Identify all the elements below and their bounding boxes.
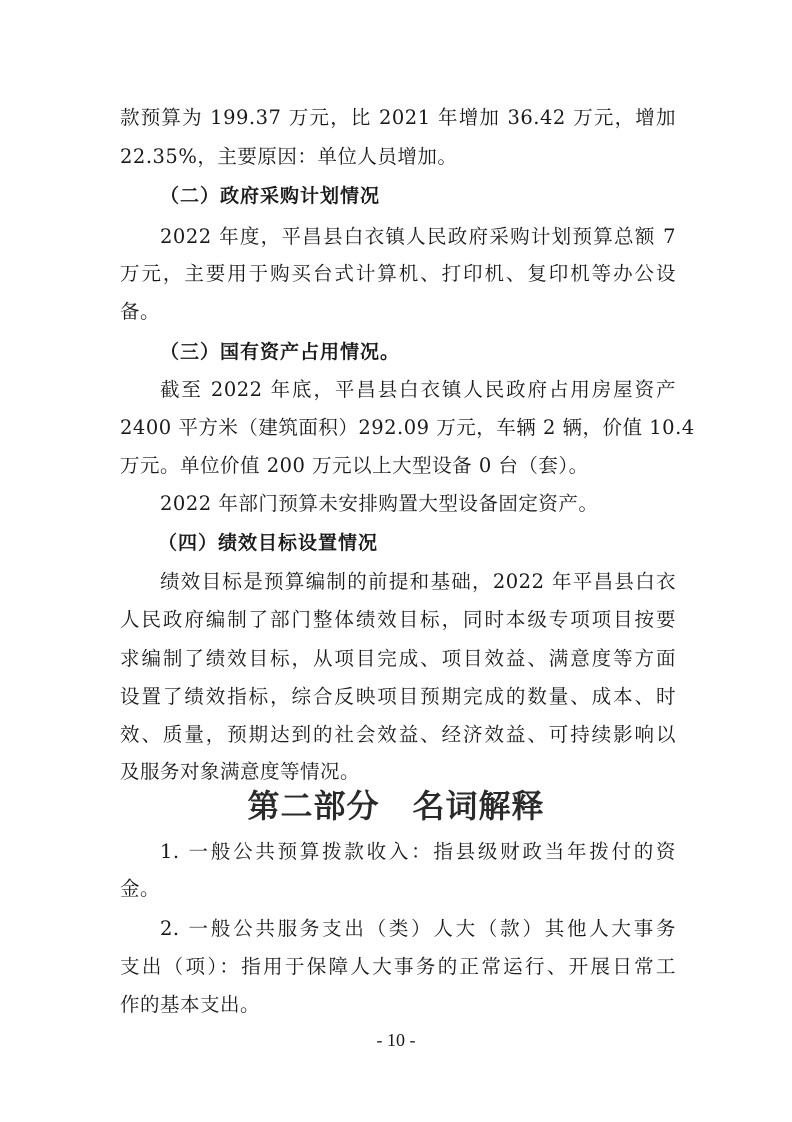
paragraph-line: 万元，主要用于购买台式计算机、打印机、复印机等办公设	[120, 261, 676, 287]
paragraph-line: 2022 年度，平昌县白衣镇人民政府采购计划预算总额 7	[160, 224, 676, 250]
page-number: - 10 -	[0, 1028, 792, 1052]
paragraph-line: 2400 平方米（建筑面积）292.09 万元，车辆 2 辆，价值 10.4	[120, 415, 676, 441]
paragraph-line: 绩效目标是预算编制的前提和基础，2022 年平昌县白衣	[160, 569, 676, 595]
paragraph-line: 设置了绩效指标，综合反映项目预期完成的数量、成本、时	[120, 684, 676, 710]
paragraph-line: 求编制了绩效目标，从项目完成、项目效益、满意度等方面	[120, 646, 676, 672]
section-heading-performance: （四）绩效目标设置情况	[158, 530, 378, 556]
paragraph-line: 2022 年部门预算未安排购置大型设备固定资产。	[160, 491, 676, 517]
paragraph-line: 及服务对象满意度等情况。	[120, 759, 676, 785]
paragraph-line: 效、质量，预期达到的社会效益、经济效益、可持续影响以	[120, 722, 676, 748]
definition-line: 作的基本支出。	[120, 992, 676, 1018]
definition-line: 2. 一般公共服务支出（类）人大（款）其他人大事务	[160, 916, 676, 942]
definition-line: 支出（项）：指用于保障人大事务的正常运行、开展日常工	[120, 954, 676, 980]
part-title: 第二部分 名词解释	[0, 786, 792, 826]
section-heading-assets: （三）国有资产占用情况。	[160, 339, 400, 365]
document-page: 款预算为 199.37 万元，比 2021 年增加 36.42 万元，增加 22…	[0, 0, 792, 1122]
paragraph-line: 截至 2022 年底，平昌县白衣镇人民政府占用房屋资产	[160, 377, 676, 403]
section-heading-procurement: （二）政府采购计划情况	[160, 183, 380, 209]
paragraph-line: 22.35%，主要原因：单位人员增加。	[120, 144, 676, 170]
paragraph-line: 款预算为 199.37 万元，比 2021 年增加 36.42 万元，增加	[120, 105, 676, 131]
definition-line: 1. 一般公共预算拨款收入：指县级财政当年拨付的资	[160, 839, 676, 865]
paragraph-line: 备。	[120, 299, 676, 325]
paragraph-line: 万元。单位价值 200 万元以上大型设备 0 台（套）。	[120, 453, 676, 479]
definition-line: 金。	[120, 876, 676, 902]
paragraph-line: 人民政府编制了部门整体绩效目标，同时本级专项项目按要	[120, 607, 676, 633]
